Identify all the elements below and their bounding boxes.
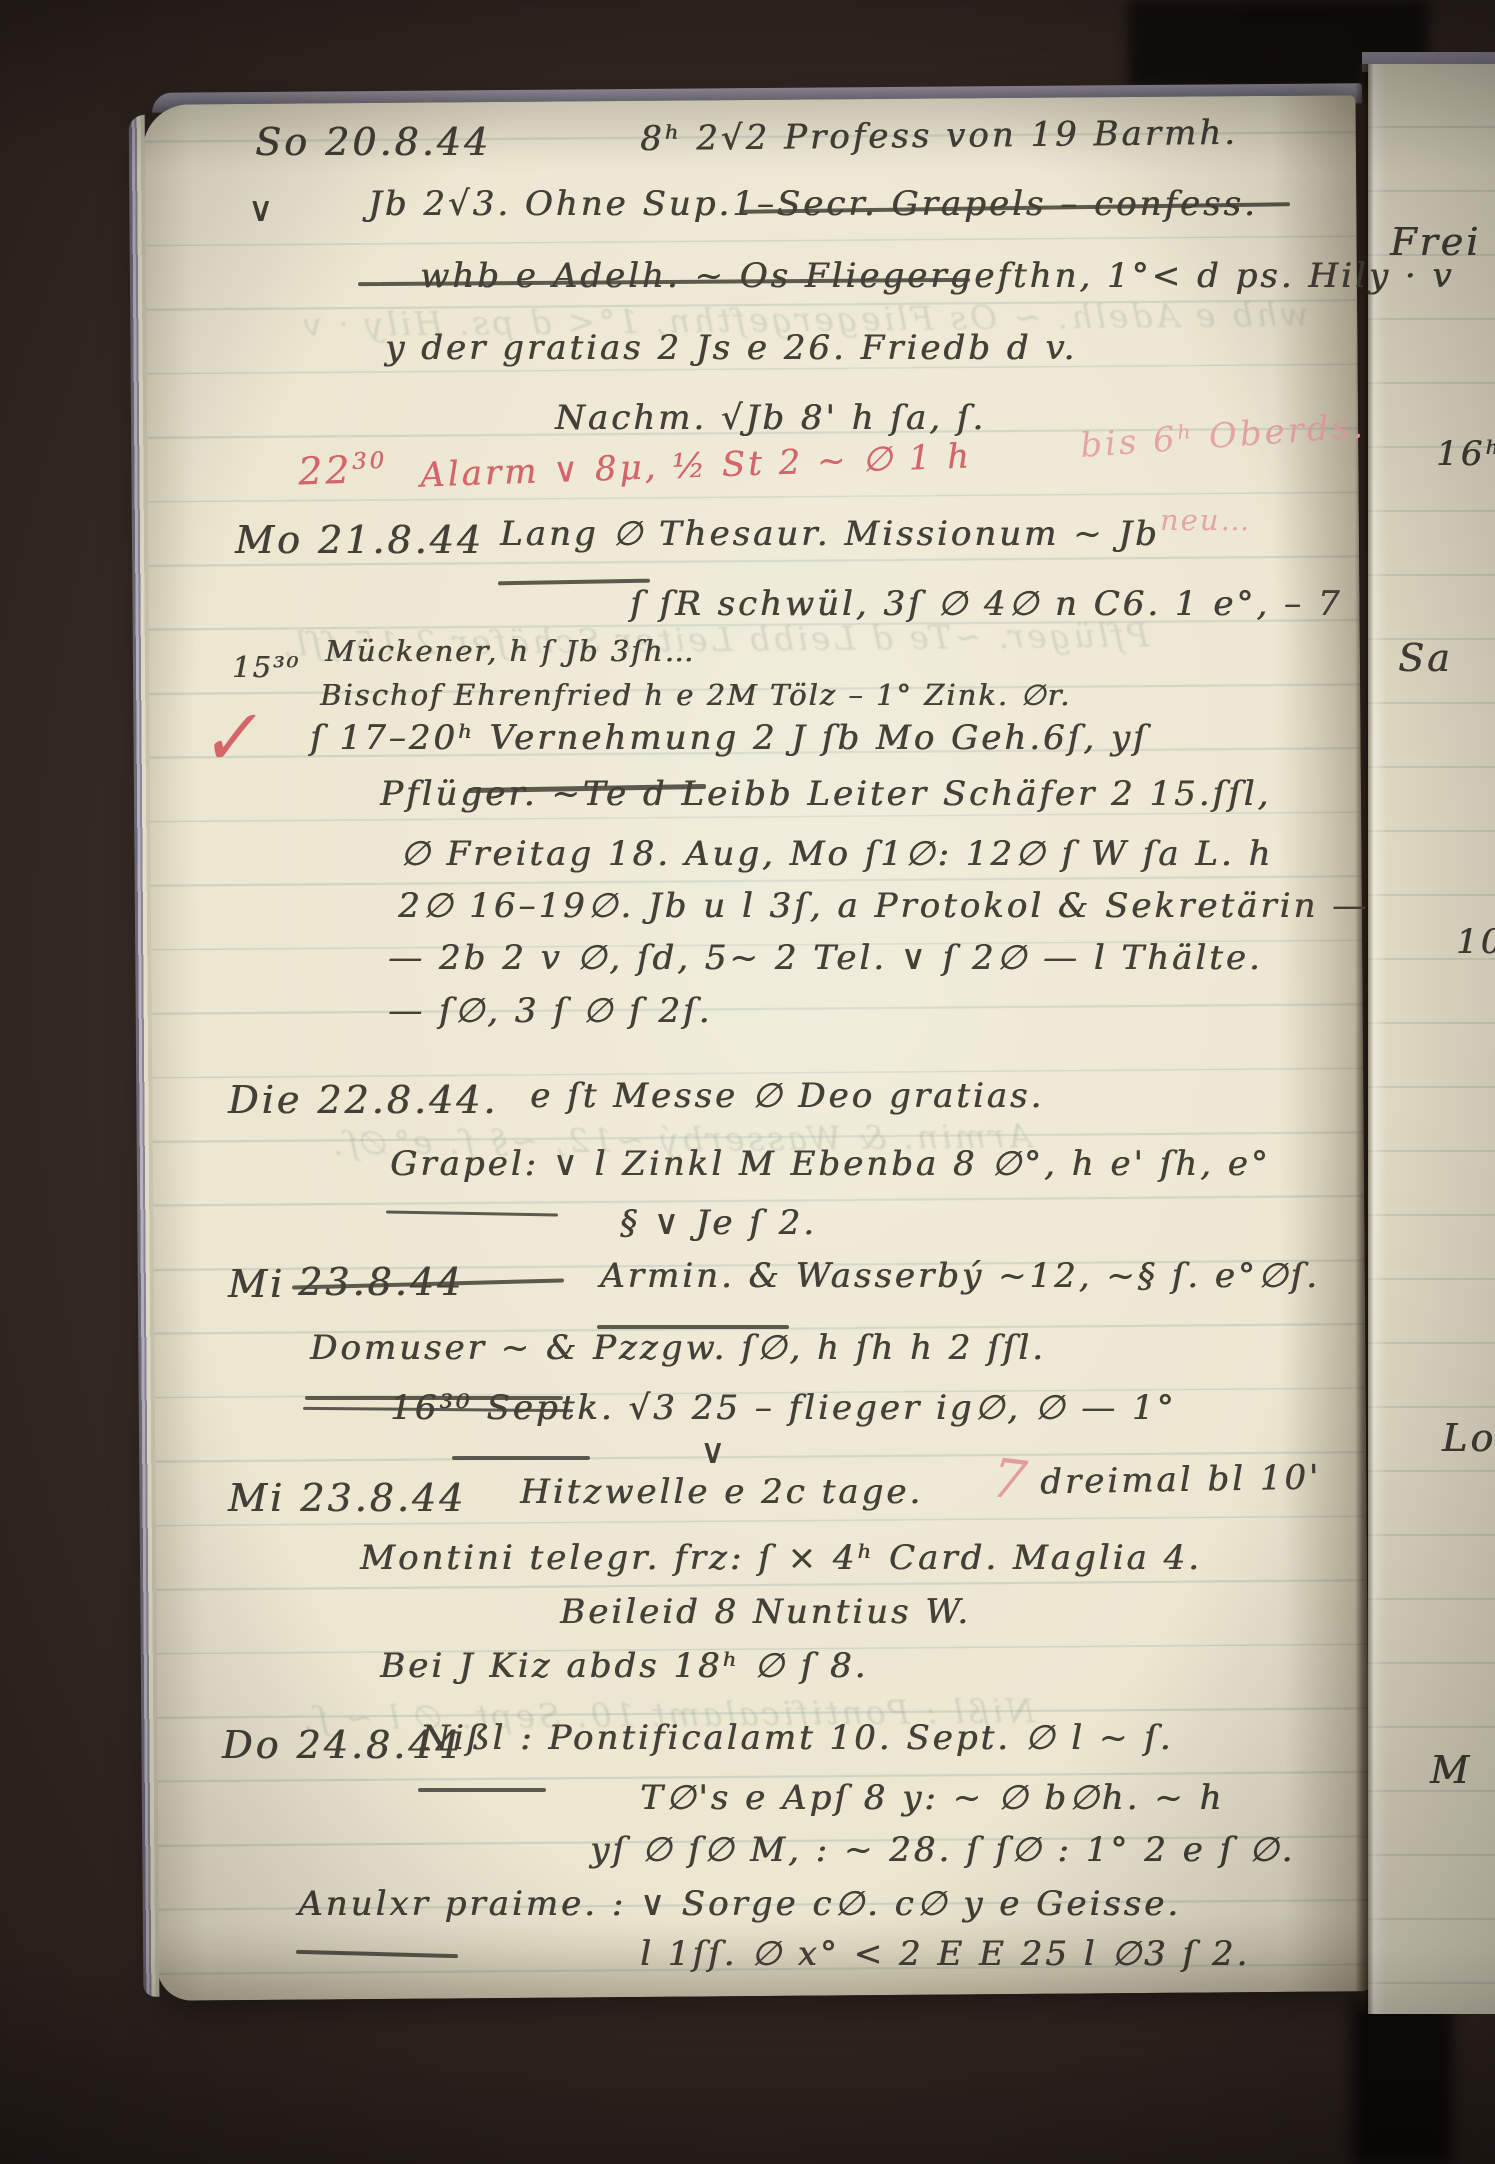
red-checkmark: ✓ bbox=[194, 693, 263, 783]
handwriting-line: Anulxr praime. : ∨ Sorge c∅. c∅ y e Geis… bbox=[298, 1886, 1181, 1923]
handwriting-line: yſ ∅ ſ∅ M, : ~ 28. ſ ſ∅ : 1° 2 e ſ ∅. bbox=[590, 1832, 1295, 1869]
right-page-fragment: M bbox=[1430, 1750, 1472, 1792]
date-heading: Mi 23.8.44 bbox=[228, 1478, 466, 1520]
handwriting-line: Grapel: ∨ l Zinkl M Ebenba 8 ∅°, h e' ſh… bbox=[390, 1146, 1271, 1183]
right-page-fragment: Sa bbox=[1398, 638, 1453, 680]
handwriting-line: Bei J Kiz abds 18ʰ ∅ ſ 8. bbox=[380, 1648, 868, 1685]
handwriting-line: y der gratias 2 Js e 26. Friedb d v. bbox=[385, 330, 1077, 367]
margin-mark: ∨ bbox=[700, 1434, 728, 1471]
date-heading: So 20.8.44 bbox=[255, 122, 491, 164]
date-heading: Die 22.8.44. bbox=[228, 1080, 498, 1122]
handwriting-line: ∅ Freitag 18. Aug, Mo ſ1∅: 12∅ ſ W ſa L.… bbox=[400, 836, 1273, 873]
handwriting-line: Jb 2√3. Ohne Sup.1–Secr. Grapels – confe… bbox=[368, 186, 1258, 223]
handwriting-line: T∅'s e Apſ 8 y: ~ ∅ b∅h. ~ h bbox=[640, 1780, 1224, 1817]
red-alarm-note: neu… bbox=[1160, 505, 1252, 537]
handwriting-line: § ∨ Je ſ 2. bbox=[620, 1205, 817, 1242]
diary-photo: Frei 16ʰ Sa 10 Lo M whb e Adelh. ~ Os Fl… bbox=[0, 0, 1495, 2164]
handwriting-line: l 1ſſ. ∅ x° < 2 E E 25 l ∅3 ſ 2. bbox=[640, 1936, 1250, 1973]
date-heading: Mi bbox=[228, 1264, 285, 1306]
margin-mark: ∨ bbox=[248, 192, 276, 229]
right-page-fragment: Lo bbox=[1442, 1418, 1495, 1460]
handwriting-line: Beileid 8 Nuntius W. bbox=[560, 1594, 971, 1631]
handwriting-line: Armin. & Wasserbý ~12, ~§ ſ. e°∅ſ. bbox=[600, 1258, 1320, 1295]
handwriting-line: ſ 17–20ʰ Vernehmung 2 J ſb Mo Geh.6ſ, yſ bbox=[310, 720, 1149, 757]
handwriting-line: 8ʰ 2√2 Profess von 19 Barmh. bbox=[640, 115, 1238, 159]
handwriting-line: Montini telegr. frz: ſ × 4ʰ Card. Maglia… bbox=[360, 1540, 1202, 1577]
handwriting-line: — ſ∅, 3 ſ ∅ ſ 2ſ. bbox=[388, 993, 712, 1030]
handwriting-line: Hitzwelle e 2c tage. bbox=[520, 1474, 923, 1511]
red-alarm-time: 2230 bbox=[297, 448, 388, 493]
handwriting-line: 16³⁰ Septk. √3 25 – flieger ig∅, ∅ — 1° bbox=[390, 1390, 1177, 1427]
handwriting-line: Nißl : Pontificalamt 10. Sept. ∅ l ~ ſ. bbox=[420, 1720, 1173, 1757]
background-shadow-bottom bbox=[1352, 2000, 1452, 2164]
underline-stroke bbox=[418, 1788, 546, 1792]
gutter-crease bbox=[1355, 64, 1369, 2012]
time-note: 15³⁰ bbox=[232, 652, 300, 684]
handwriting-line: e ſt Messe ∅ Deo gratias. bbox=[530, 1078, 1044, 1115]
handwriting-line: ſ ſR schwül, 3ſ ∅ 4∅ n C6. 1 e°, – 7 bbox=[630, 586, 1342, 623]
handwriting-line: Mückener, h ſ Jb 3ſh… bbox=[325, 636, 695, 668]
handwriting-line: Domuser ~ & Pzzgw. ſ∅, h ſh h 2 ſſl. bbox=[310, 1330, 1046, 1367]
handwriting-line: whb e Adelh. ~ Os Fliegergefthn, 1°< d p… bbox=[420, 258, 1454, 295]
handwriting-line: Pflüger. ~Te d Leibb Leiter Schäfer 2 15… bbox=[380, 776, 1271, 813]
handwriting-line: Bischof Ehrenfried h e 2M Tölz – 1° Zink… bbox=[320, 680, 1071, 712]
right-page-fragment: 10 bbox=[1456, 924, 1495, 961]
handwriting-line: Nachm. √Jb 8' h ſa, ſ. bbox=[555, 400, 986, 437]
diary-right-page-sliver: Frei 16ʰ Sa 10 Lo M bbox=[1368, 64, 1495, 2014]
handwriting-line: — 2b 2 v ∅, ſd, 5~ 2 Tel. ∨ ſ 2∅ — l Thä… bbox=[388, 940, 1263, 977]
diary-left-page bbox=[143, 95, 1371, 2000]
handwriting-line: Lang ∅ Thesaur. Missionum ~ Jb bbox=[500, 516, 1160, 553]
date-heading: Mo 21.8.44 bbox=[235, 520, 484, 562]
red-alarm-time-sup: 30 bbox=[352, 448, 388, 475]
handwriting-line: 2∅ 16–19∅. Jb u l 3ſ, a Protokol & Sekre… bbox=[398, 888, 1369, 925]
right-page-fragment: 16ʰ bbox=[1436, 436, 1495, 473]
underline-stroke bbox=[452, 1456, 590, 1460]
handwriting-line: dreimal bl 10' bbox=[1040, 1460, 1322, 1502]
